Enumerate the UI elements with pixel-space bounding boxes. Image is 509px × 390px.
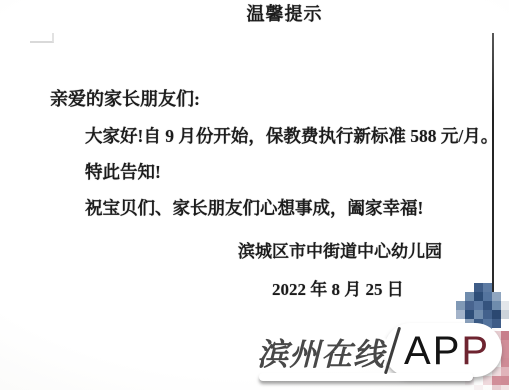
mosaic-cell xyxy=(501,376,509,385)
mosaic-cell xyxy=(474,385,483,390)
mosaic-cell xyxy=(501,310,509,319)
mosaic-cell xyxy=(474,301,483,310)
mosaic-cell xyxy=(501,331,509,340)
notice-date: 2022 年 8 月 25 日 xyxy=(272,275,404,300)
watermark-app-letter: P xyxy=(433,329,462,373)
mosaic-cell xyxy=(474,292,483,301)
notice-salutation: 亲爱的家长朋友们: xyxy=(50,85,200,111)
mosaic-cell xyxy=(465,301,474,310)
mosaic-cell xyxy=(483,301,492,310)
mosaic-cell xyxy=(456,310,465,319)
mosaic-cell xyxy=(483,376,492,385)
mosaic-cell xyxy=(492,376,501,385)
mosaic-cell xyxy=(501,385,509,390)
watermark-app-letter: A xyxy=(404,329,433,373)
mosaic-cell xyxy=(492,292,501,301)
mosaic-cell xyxy=(492,385,501,390)
notice-title: 温馨提示 xyxy=(30,0,509,26)
watermark-site-name: 滨州在线 xyxy=(257,329,385,374)
notice-body-line: 祝宝贝们、家长朋友们心想事成，阖家幸福! xyxy=(85,195,423,220)
mosaic-cell xyxy=(501,340,509,349)
mosaic-cell xyxy=(456,301,465,310)
page-border-line xyxy=(492,33,494,303)
mosaic-cell xyxy=(474,283,483,292)
watermark-app-letter-last: P xyxy=(461,329,490,373)
mosaic-cell xyxy=(501,301,509,310)
watermark-app-label: APP xyxy=(404,329,490,373)
mosaic-cell xyxy=(492,301,501,310)
mosaic-cell xyxy=(483,283,492,292)
notice-photo: 温馨提示 亲爱的家长朋友们: 大家好!自 9 月份开始，保教费执行新标准 588… xyxy=(0,0,509,390)
mosaic-cell xyxy=(501,367,509,376)
mosaic-cell xyxy=(492,319,501,328)
mosaic-cell xyxy=(492,310,501,319)
mosaic-cell xyxy=(483,292,492,301)
mosaic-cell xyxy=(474,310,483,319)
mosaic-cell xyxy=(501,349,509,358)
mosaic-cell xyxy=(465,292,474,301)
mosaic-cell xyxy=(465,310,474,319)
mosaic-cell xyxy=(501,358,509,367)
mosaic-cell xyxy=(483,310,492,319)
notice-body-line: 特此告知! xyxy=(85,159,161,184)
notice-signature: 滨城区市中街道中心幼儿园 xyxy=(238,237,442,262)
watermark-underline-bar xyxy=(259,373,473,381)
table-corner-mark xyxy=(30,33,54,43)
notice-body-line: 大家好!自 9 月份开始，保教费执行新标准 588 元/月。 xyxy=(85,123,498,148)
